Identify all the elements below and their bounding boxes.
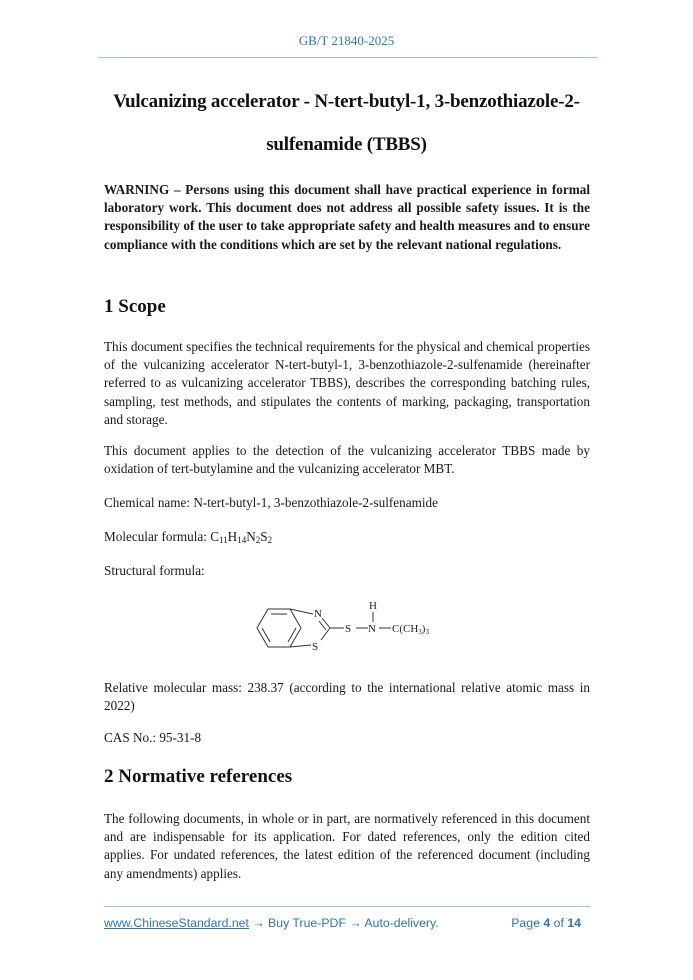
sulfur-label: S [345, 623, 351, 635]
structural-formula-diagram: N S S N H C(CH3)3 [240, 590, 470, 665]
molecular-formula-value: C11H14N2S2 [210, 529, 272, 544]
molecular-formula: Molecular formula: C11H14N2S2 [104, 528, 590, 549]
current-page: 4 [543, 916, 550, 930]
cas-number: CAS No.: 95-31-8 [104, 729, 590, 747]
total-pages: 14 [567, 916, 581, 930]
footer-divider [104, 906, 590, 907]
ring-nitrogen-label: N [314, 608, 322, 620]
standard-code-header: GB/T 21840-2025 [0, 33, 693, 49]
footer-tagline: → Buy True-PDF → Auto-delivery. [249, 916, 439, 930]
tert-butyl-group-label: C(CH3)3 [392, 623, 429, 636]
structural-formula-label: Structural formula: [104, 562, 590, 580]
formula-subscript: 2 [256, 535, 261, 545]
document-page: GB/T 21840-2025 Vulcanizing accelerator … [0, 0, 693, 980]
relative-molecular-mass: Relative molecular mass: 238.37 (accordi… [104, 679, 590, 715]
chemical-name: Chemical name: N-tert-butyl-1, 3-benzoth… [104, 494, 590, 512]
header-divider [98, 57, 598, 58]
normative-references-paragraph: The following documents, in whole or in … [104, 810, 590, 883]
formula-subscript: 14 [237, 535, 246, 545]
hydrogen-label: H [369, 600, 377, 612]
nitrogen-label: N [368, 623, 376, 635]
page-footer: www.ChineseStandard.net → Buy True-PDF →… [104, 916, 590, 930]
section-heading-scope: 1 Scope [104, 296, 166, 318]
formula-subscript: 11 [219, 535, 228, 545]
page-indicator: Page 4 of 14 [511, 916, 581, 930]
formula-subscript: 2 [268, 535, 273, 545]
scope-paragraph-1: This document specifies the technical re… [104, 338, 590, 429]
molecular-formula-label: Molecular formula: [104, 529, 210, 544]
document-title: Vulcanizing accelerator - N-tert-butyl-1… [80, 80, 613, 166]
title-line-2: sulfenamide (TBBS) [80, 123, 613, 166]
scope-paragraph-2: This document applies to the detection o… [104, 442, 590, 478]
section-heading-normative-references: 2 Normative references [104, 766, 292, 788]
ring-sulfur-label: S [312, 641, 318, 653]
tbbs-structure-svg: N S S N H C(CH3)3 [240, 590, 470, 665]
warning-paragraph: WARNING – Persons using this document sh… [104, 181, 590, 254]
chinesestandard-link[interactable]: www.ChineseStandard.net [104, 916, 249, 930]
title-line-1: Vulcanizing accelerator - N-tert-butyl-1… [80, 80, 613, 123]
